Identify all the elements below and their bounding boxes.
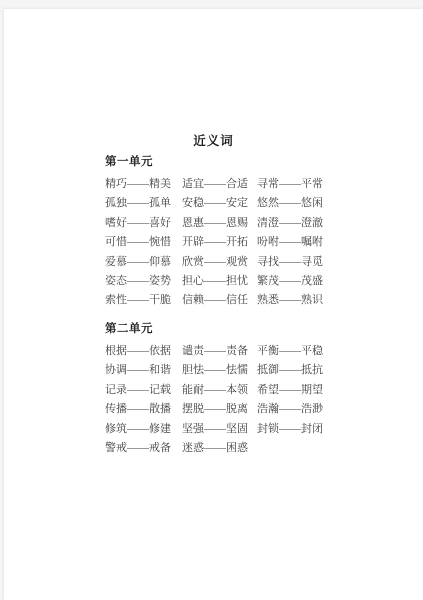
synonym-pair: 平衡——平稳 — [257, 342, 323, 361]
synonym-pair: 修筑——修建 — [105, 420, 182, 439]
unit-heading: 第二单元 — [105, 321, 385, 338]
synonym-row: 警戒——戒备迷惑——困惑 — [105, 439, 385, 458]
synonym-row: 爱慕——仰慕欣赏——观赏寻找——寻觅 — [105, 253, 385, 272]
unit-section: 第一单元 精巧——精美适宜——合适寻常——平常孤独——孤单安稳——安定悠然——悠… — [105, 154, 385, 311]
document-viewer: 近义词 第一单元 精巧——精美适宜——合适寻常——平常孤独——孤单安稳——安定悠… — [0, 0, 423, 600]
synonym-pair: 开辟——开拓 — [182, 233, 257, 252]
synonym-pair: 协调——和谐 — [105, 361, 182, 380]
synonym-pair: 寻常——平常 — [257, 175, 323, 194]
synonym-pair: 坚强——坚固 — [182, 420, 257, 439]
page-title: 近义词 — [4, 133, 423, 150]
synonym-pair: 安稳——安定 — [182, 194, 257, 213]
synonym-row: 修筑——修建坚强——坚固封锁——封闭 — [105, 420, 385, 439]
synonym-pair: 封锁——封闭 — [257, 420, 323, 439]
synonym-pair: 抵御——抵抗 — [257, 361, 323, 380]
synonym-row: 根据——依据谴责——责备平衡——平稳 — [105, 342, 385, 361]
synonym-pair: 可惜——惋惜 — [105, 233, 182, 252]
synonym-pair: 根据——依据 — [105, 342, 182, 361]
synonym-pair: 信赖——信任 — [182, 291, 257, 310]
synonym-pair: 浩瀚——浩渺 — [257, 400, 323, 419]
unit-heading: 第一单元 — [105, 154, 385, 171]
synonym-rows: 根据——依据谴责——责备平衡——平稳协调——和谐胆怯——怯懦抵御——抵抗记录——… — [105, 342, 385, 458]
synonym-pair: 孤独——孤单 — [105, 194, 182, 213]
synonym-pair: 担心——担忧 — [182, 272, 257, 291]
synonym-pair: 恩惠——恩赐 — [182, 214, 257, 233]
synonym-pair: 适宜——合适 — [182, 175, 257, 194]
synonym-row: 孤独——孤单安稳——安定悠然——悠闲 — [105, 194, 385, 213]
synonym-row: 协调——和谐胆怯——怯懦抵御——抵抗 — [105, 361, 385, 380]
synonym-pair: 嗜好——喜好 — [105, 214, 182, 233]
synonym-pair: 寻找——寻觅 — [257, 253, 323, 272]
synonym-pair: 警戒——戒备 — [105, 439, 182, 458]
synonym-pair: 欣赏——观赏 — [182, 253, 257, 272]
synonym-pair: 熟悉——熟识 — [257, 291, 323, 310]
synonym-pair: 谴责——责备 — [182, 342, 257, 361]
synonym-pair: 繁茂——茂盛 — [257, 272, 323, 291]
synonym-pair: 精巧——精美 — [105, 175, 182, 194]
synonym-pair: 传播——散播 — [105, 400, 182, 419]
synonym-pair: 爱慕——仰慕 — [105, 253, 182, 272]
synonym-pair: 姿态——姿势 — [105, 272, 182, 291]
synonym-row: 姿态——姿势担心——担忧繁茂——茂盛 — [105, 272, 385, 291]
synonym-row: 传播——散播摆脱——脱离浩瀚——浩渺 — [105, 400, 385, 419]
synonym-pair: 吩咐——嘱咐 — [257, 233, 323, 252]
synonym-pair: 迷惑——困惑 — [182, 439, 257, 458]
synonym-pair: 能耐——本领 — [182, 381, 257, 400]
synonym-pair: 索性——干脆 — [105, 291, 182, 310]
synonym-rows: 精巧——精美适宜——合适寻常——平常孤独——孤单安稳——安定悠然——悠闲嗜好——… — [105, 175, 385, 311]
synonym-row: 记录——记载能耐——本领希望——期望 — [105, 381, 385, 400]
synonym-pair: 摆脱——脱离 — [182, 400, 257, 419]
synonym-pair: 悠然——悠闲 — [257, 194, 323, 213]
synonym-pair: 清澄——澄澈 — [257, 214, 323, 233]
synonym-row: 精巧——精美适宜——合适寻常——平常 — [105, 175, 385, 194]
synonym-pair: 记录——记载 — [105, 381, 182, 400]
synonym-row: 索性——干脆信赖——信任熟悉——熟识 — [105, 291, 385, 310]
unit-section: 第二单元 根据——依据谴责——责备平衡——平稳协调——和谐胆怯——怯懦抵御——抵… — [105, 321, 385, 458]
synonym-row: 嗜好——喜好恩惠——恩赐清澄——澄澈 — [105, 214, 385, 233]
synonym-pair: 胆怯——怯懦 — [182, 361, 257, 380]
synonym-row: 可惜——惋惜开辟——开拓吩咐——嘱咐 — [105, 233, 385, 252]
synonym-pair: 希望——期望 — [257, 381, 323, 400]
document-page: 近义词 第一单元 精巧——精美适宜——合适寻常——平常孤独——孤单安稳——安定悠… — [4, 9, 423, 600]
